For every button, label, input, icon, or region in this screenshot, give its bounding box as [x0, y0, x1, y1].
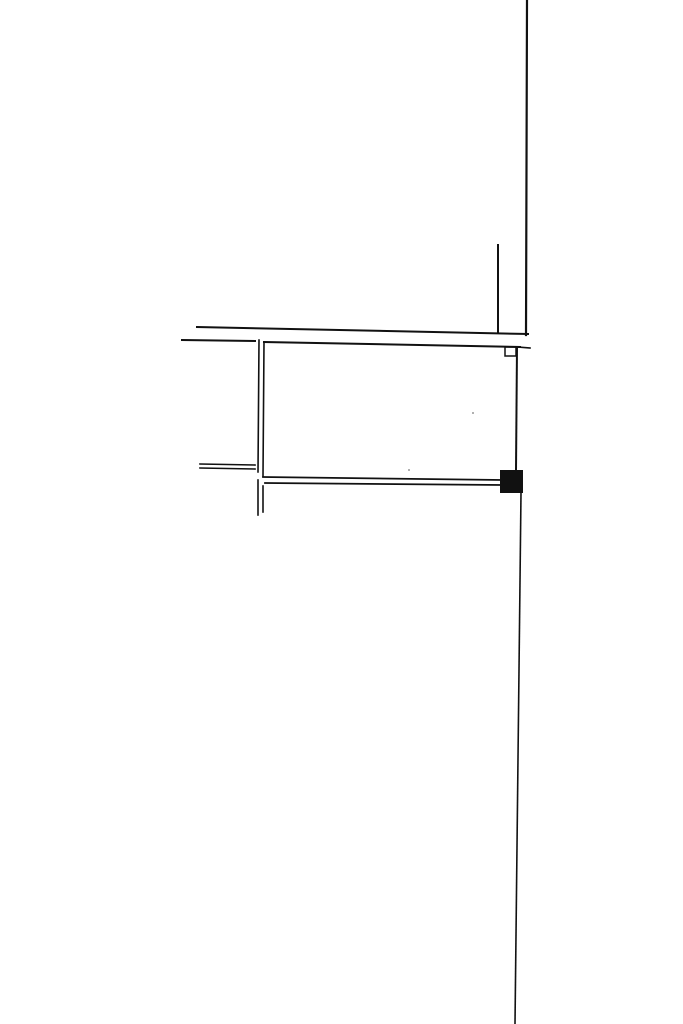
room-bottom-wall [263, 477, 502, 485]
corner-post [505, 347, 516, 356]
left-stub-wall [200, 464, 255, 469]
speck [472, 412, 474, 414]
room-left-wall [258, 340, 264, 515]
top-horizontal-wall [197, 327, 528, 334]
left-upper-wall [182, 340, 255, 341]
room-top-wall [264, 342, 520, 347]
exterior-wall-vertical [515, 0, 527, 1024]
speck [408, 469, 410, 471]
structural-column [500, 470, 523, 493]
floor-plan-drawing [0, 0, 683, 1024]
